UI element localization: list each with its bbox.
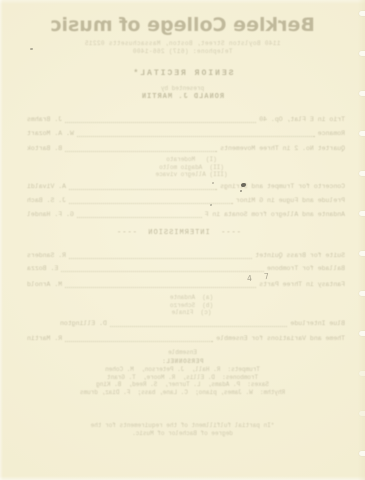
binding-notch [359,91,365,96]
binding-notch [359,51,365,56]
personnel-line: Rhythm: W. James, piano; C. Lane, bass; … [0,390,365,396]
binding-notch [359,291,365,296]
program-row: Concerto for Trumpet and StringsA. Vival… [27,184,345,191]
binding-notch [359,171,365,176]
movement-item: (c) Finale [0,310,365,316]
binding-notch [359,451,365,456]
binding-notch [359,131,365,136]
program-row: Trio in E Flat, Op. 40J. Brahms [27,117,345,124]
recital-title: SENIOR RECITAL* [0,70,365,78]
binding-notch [359,251,365,256]
ink-speck [30,48,33,50]
program-row: Blue InterludeD. Ellington [60,321,345,328]
presented-by: presented by [0,86,365,92]
program-row: Andante and Allegro from Sonata in FG. F… [27,212,345,219]
intermission-line: ---- INTERMISSION ---- [0,230,357,237]
address-line-2: Telephone: (617) 266-1400 [0,49,365,55]
ink-speck [210,204,212,206]
program-row: Prelude and Fugue in G MinorJ. S. Bach [27,198,345,205]
berklee-logo-text: Berklee College of music [0,16,365,35]
pencil-mark: 7 [264,273,270,281]
performer-name: RONALD J. MARTIN [0,94,365,101]
binding-notch [359,411,365,416]
binding-notch [359,11,365,16]
scanned-program-back-page: Berklee College of music 1140 Boylston S… [0,0,365,480]
personnel-heading: PERSONNEL: [0,359,365,365]
footnote-line-1: *In partial fulfillment of the requireme… [0,423,365,429]
personnel-line: Trumpets: R. Hall, J. Peterson, M. Cohen [0,367,365,373]
movement-item: (b) Scherzo [0,303,365,309]
program-row: Fantasy in Three PartsM. Arnold [27,282,345,289]
personnel-line: Saxes: P. Adams, L. Turner, S. Reed, B. … [0,382,365,388]
movement-item: (I) Moderato [0,157,365,163]
ensemble-label: Ensemble [0,350,365,356]
program-row: Suite for Brass QuintetR. Sanders [27,253,345,260]
program-row: Theme and Variations for EnsembleR. Mart… [27,336,345,343]
pencil-mark: 4 [247,275,253,283]
program-row: Ballade for TromboneE. Bozza [27,266,345,273]
binding-notch [359,211,365,216]
program-row: RomanceW. A. Mozart [27,131,345,138]
personnel-line: Trombones: D. Ellis, R. Moore, T. Grant [0,375,365,381]
movement-item: (III) Allegro vivace [0,172,365,178]
binding-notch [359,371,365,376]
footnote-line-2: degree of Bachelor of Music. [0,431,365,437]
address-line-1: 1140 Boylston Street, Boston, Massachuse… [0,41,365,47]
ink-speck [212,182,214,184]
program-row: Quartet No. 2 in Three MovementsB. Barto… [27,146,345,153]
bleed-through-layer: Berklee College of music 1140 Boylston S… [0,0,365,480]
movement-item: (II) Adagio molto [0,165,365,171]
movement-item: (a) Andante [0,295,365,301]
binding-notch [359,331,365,336]
